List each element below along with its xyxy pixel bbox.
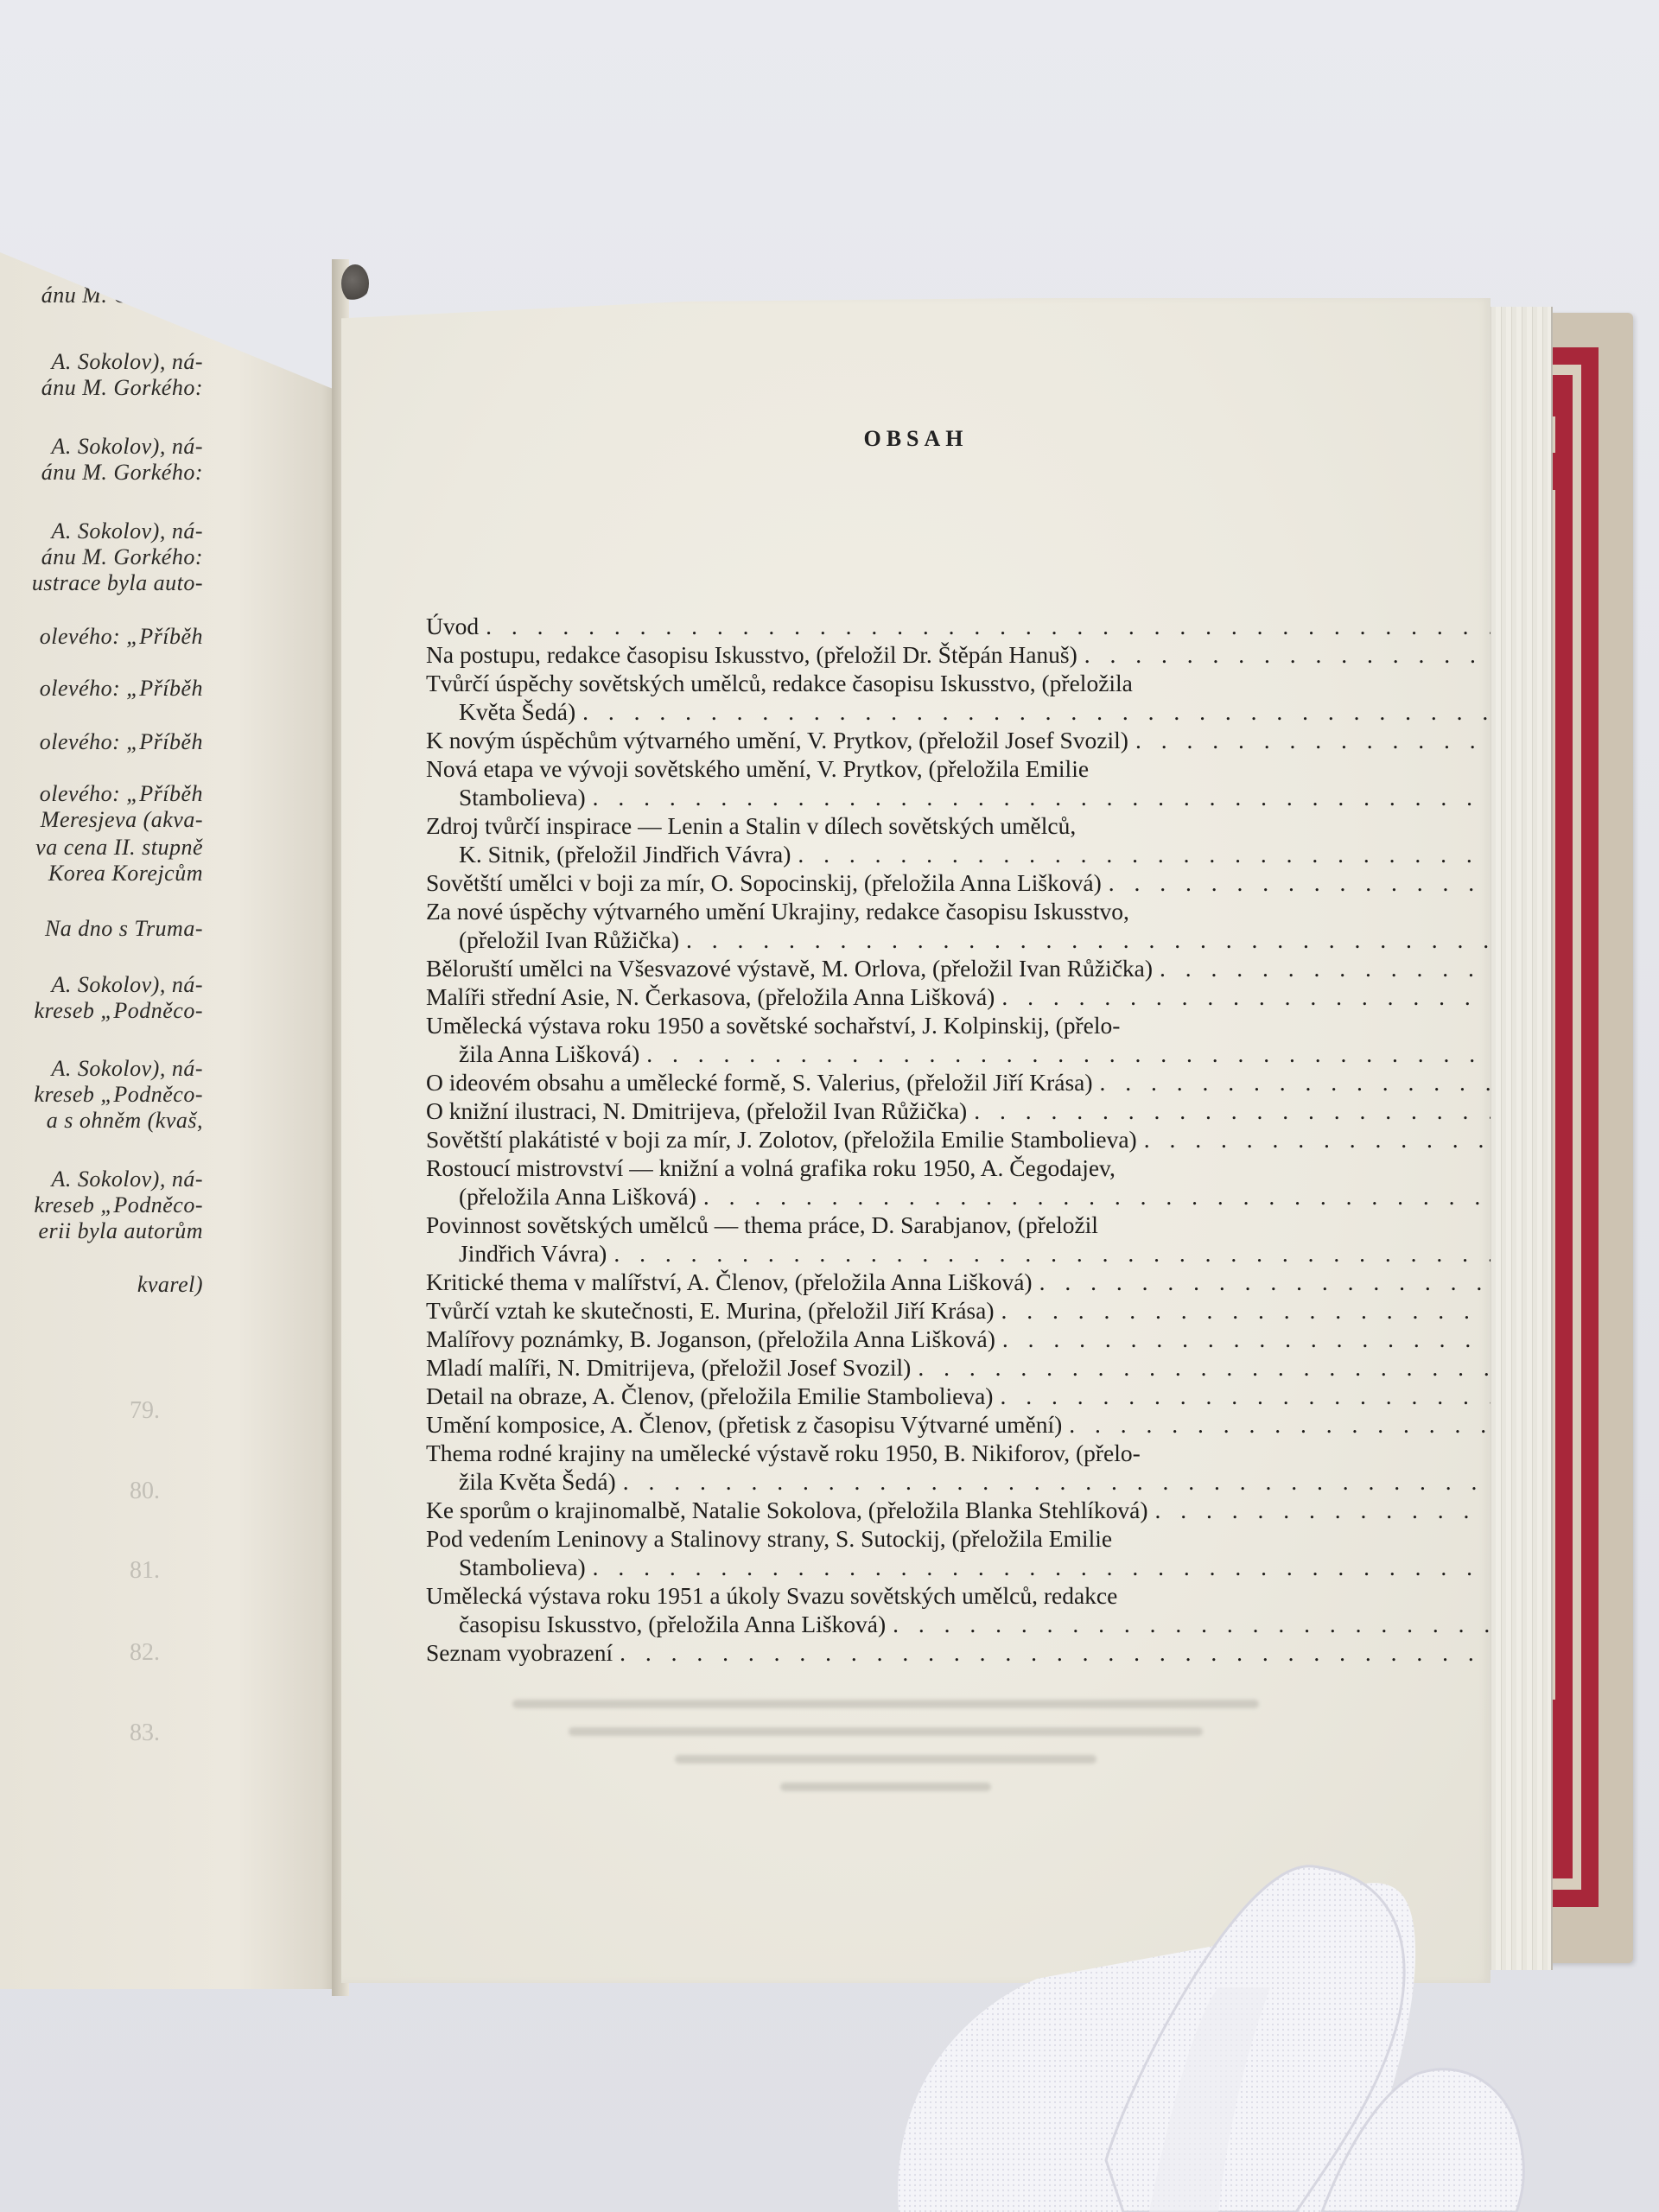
toc-entry: Tvůrčí vztah ke skutečnosti, E. Murina, …	[426, 1296, 1255, 1325]
toc-entry: Rostoucí mistrovství — knižní a volná gr…	[426, 1154, 1255, 1211]
toc-entry-title: Tvůrčí úspěchy sovětských umělců, redakc…	[426, 669, 1133, 697]
toc-entry-title: Za nové úspěchy výtvarného umění Ukrajin…	[426, 897, 1129, 925]
left-page-line: olevého: „Příběh	[40, 729, 203, 755]
toc-entry: Pod vedením Leninovy a Stalinovy strany,…	[426, 1524, 1255, 1581]
page-title: OBSAH	[341, 426, 1491, 452]
toc-entry-title: K. Sitnik, (přeložil Jindřich Vávra)	[459, 840, 791, 868]
left-page-line: va cena II. stupně	[35, 835, 203, 861]
toc-entry-title: Sovětští plakátisté v boji za mír, J. Zo…	[426, 1125, 1137, 1154]
left-page-line: kvarel)	[137, 1272, 203, 1298]
left-page-line: erii byla autorům	[39, 1218, 204, 1244]
left-page-line: olevého: „Příběh	[40, 781, 203, 807]
toc-entry: Mladí malíři, N. Dmitrijeva, (přeložil J…	[426, 1353, 1255, 1382]
toc-entry: Kritické thema v malířství, A. Členov, (…	[426, 1268, 1255, 1296]
toc-entry: Malíři střední Asie, N. Čerkasova, (přel…	[426, 982, 1255, 1011]
toc-entry: Sovětští umělci v boji za mír, O. Sopoci…	[426, 868, 1255, 897]
toc-entry-title: Květa Šedá)	[459, 697, 575, 726]
toc-entry: Běloruští umělci na Všesvazové výstavě, …	[426, 954, 1255, 982]
toc-entry-title: O knižní ilustraci, N. Dmitrijeva, (přel…	[426, 1096, 967, 1125]
toc-entry-title: časopisu Iskusstvo, (přeložila Anna Lišk…	[459, 1610, 886, 1638]
left-page-line: A. Sokolov), ná-	[51, 1056, 203, 1082]
left-page-line: olevého: „Příběh	[40, 676, 203, 702]
left-page-line: Na dno s Truma-	[45, 916, 203, 942]
toc-entry-title: Zdroj tvůrčí inspirace — Lenin a Stalin …	[426, 811, 1076, 840]
toc-leader-dots: . . . . . . . . . . . . . . . . . . . . …	[486, 612, 1604, 640]
bleedthrough-colophon	[480, 1681, 1292, 1810]
left-page: ánu M. Gorkého:A. Sokolov), ná-ánu M. Go…	[0, 252, 339, 1989]
toc-entry: Umělecká výstava roku 1950 a sovětské so…	[426, 1011, 1255, 1068]
toc-entry-title: Malířovy poznámky, B. Joganson, (přeloži…	[426, 1325, 995, 1353]
toc-entry: K novým úspěchům výtvarného umění, V. Pr…	[426, 726, 1255, 754]
toc-entry: Detail na obraze, A. Členov, (přeložila …	[426, 1382, 1255, 1410]
toc-entry: Za nové úspěchy výtvarného umění Ukrajin…	[426, 897, 1255, 954]
left-page-line: ustrace byla auto-	[32, 570, 203, 596]
left-page-line: ánu M. Gorkého:	[41, 375, 203, 401]
toc-entry-title: Seznam vyobrazení	[426, 1638, 613, 1667]
left-page-line: Korea Korejcům	[48, 861, 203, 887]
toc-entry-title: Thema rodné krajiny na umělecké výstavě …	[426, 1439, 1141, 1467]
toc-entry: O ideovém obsahu a umělecké formě, S. Va…	[426, 1068, 1255, 1096]
table-of-contents: Úvod. . . . . . . . . . . . . . . . . . …	[426, 612, 1255, 1667]
toc-entry-title: Stambolieva)	[459, 783, 586, 811]
toc-entry-title: K novým úspěchům výtvarného umění, V. Pr…	[426, 726, 1128, 754]
toc-entry: Ke sporům o krajinomalbě, Natalie Sokolo…	[426, 1496, 1255, 1524]
toc-entry: Nová etapa ve vývoji sovětského umění, V…	[426, 754, 1255, 811]
toc-entry-title: (přeložila Anna Lišková)	[459, 1182, 696, 1211]
toc-entry-title: Úvod	[426, 612, 479, 640]
toc-entry: Umělecká výstava roku 1951 a úkoly Svazu…	[426, 1581, 1255, 1638]
left-page-line: olevého: „Příběh	[40, 624, 203, 650]
toc-entry: Sovětští plakátisté v boji za mír, J. Zo…	[426, 1125, 1255, 1154]
toc-entry-title: Běloruští umělci na Všesvazové výstavě, …	[426, 954, 1153, 982]
toc-entry: O knižní ilustraci, N. Dmitrijeva, (přel…	[426, 1096, 1255, 1125]
left-page-line: kreseb „Podněco-	[35, 1192, 203, 1218]
left-page-line: ánu M. Gorkého:	[41, 283, 203, 308]
toc-entry-title: Pod vedením Leninovy a Stalinovy strany,…	[426, 1524, 1112, 1553]
left-page-line: A. Sokolov), ná-	[51, 518, 203, 544]
toc-entry-title: Malíři střední Asie, N. Čerkasova, (přel…	[426, 982, 995, 1011]
right-page: OBSAH Úvod. . . . . . . . . . . . . . . …	[341, 298, 1491, 1983]
left-page-line: ánu M. Gorkého:	[41, 544, 203, 570]
toc-entry-title: Umění komposice, A. Členov, (přetisk z č…	[426, 1410, 1062, 1439]
toc-entry: Na postupu, redakce časopisu Iskusstvo, …	[426, 640, 1255, 669]
left-page-line: a s ohněm (kvaš,	[47, 1108, 203, 1134]
toc-entry-title: Stambolieva)	[459, 1553, 586, 1581]
toc-entry: Zdroj tvůrčí inspirace — Lenin a Stalin …	[426, 811, 1255, 868]
toc-entry-title: Ke sporům o krajinomalbě, Natalie Sokolo…	[426, 1496, 1147, 1524]
toc-entry-title: (přeložil Ivan Růžička)	[459, 925, 679, 954]
left-page-line: A. Sokolov), ná-	[51, 1166, 203, 1192]
left-page-line: ánu M. Gorkého:	[41, 460, 203, 486]
bookmark-thread	[341, 264, 369, 302]
toc-entry-title: Rostoucí mistrovství — knižní a volná gr…	[426, 1154, 1116, 1182]
toc-entry: Umění komposice, A. Členov, (přetisk z č…	[426, 1410, 1255, 1439]
left-page-line: kreseb „Podněco-	[35, 1082, 203, 1108]
toc-entry: Tvůrčí úspěchy sovětských umělců, redakc…	[426, 669, 1255, 726]
toc-entry: Úvod. . . . . . . . . . . . . . . . . . …	[426, 612, 1255, 640]
toc-entry-title: Mladí malíři, N. Dmitrijeva, (přeložil J…	[426, 1353, 911, 1382]
left-page-line: kreseb „Podněco-	[35, 998, 203, 1024]
toc-entry-title: Umělecká výstava roku 1950 a sovětské so…	[426, 1011, 1120, 1039]
toc-entry-title: žila Anna Lišková)	[459, 1039, 639, 1068]
toc-entry-title: Jindřich Vávra)	[459, 1239, 607, 1268]
left-page-line: A. Sokolov), ná-	[51, 434, 203, 460]
toc-entry: Malířovy poznámky, B. Joganson, (přeloži…	[426, 1325, 1255, 1353]
toc-entry-title: žila Květa Šedá)	[459, 1467, 616, 1496]
toc-entry-title: Povinnost sovětských umělců — thema prác…	[426, 1211, 1098, 1239]
toc-entry-title: Nová etapa ve vývoji sovětského umění, V…	[426, 754, 1089, 783]
left-page-line: Meresjeva (akva-	[41, 807, 203, 833]
left-page-line: A. Sokolov), ná-	[51, 972, 203, 998]
toc-entry-title: Na postupu, redakce časopisu Iskusstvo, …	[426, 640, 1077, 669]
toc-entry-title: Sovětští umělci v boji za mír, O. Sopoci…	[426, 868, 1102, 897]
toc-entry: Seznam vyobrazení. . . . . . . . . . . .…	[426, 1638, 1255, 1667]
toc-entry: Povinnost sovětských umělců — thema prác…	[426, 1211, 1255, 1268]
toc-entry-title: Tvůrčí vztah ke skutečnosti, E. Murina, …	[426, 1296, 995, 1325]
toc-entry-title: Umělecká výstava roku 1951 a úkoly Svazu…	[426, 1581, 1117, 1610]
toc-entry: Thema rodné krajiny na umělecké výstavě …	[426, 1439, 1255, 1496]
toc-entry-title: O ideovém obsahu a umělecké formě, S. Va…	[426, 1068, 1093, 1096]
toc-entry-title: Detail na obraze, A. Členov, (přeložila …	[426, 1382, 993, 1410]
toc-entry-title: Kritické thema v malířství, A. Členov, (…	[426, 1268, 1033, 1296]
left-page-line: A. Sokolov), ná-	[51, 349, 203, 375]
